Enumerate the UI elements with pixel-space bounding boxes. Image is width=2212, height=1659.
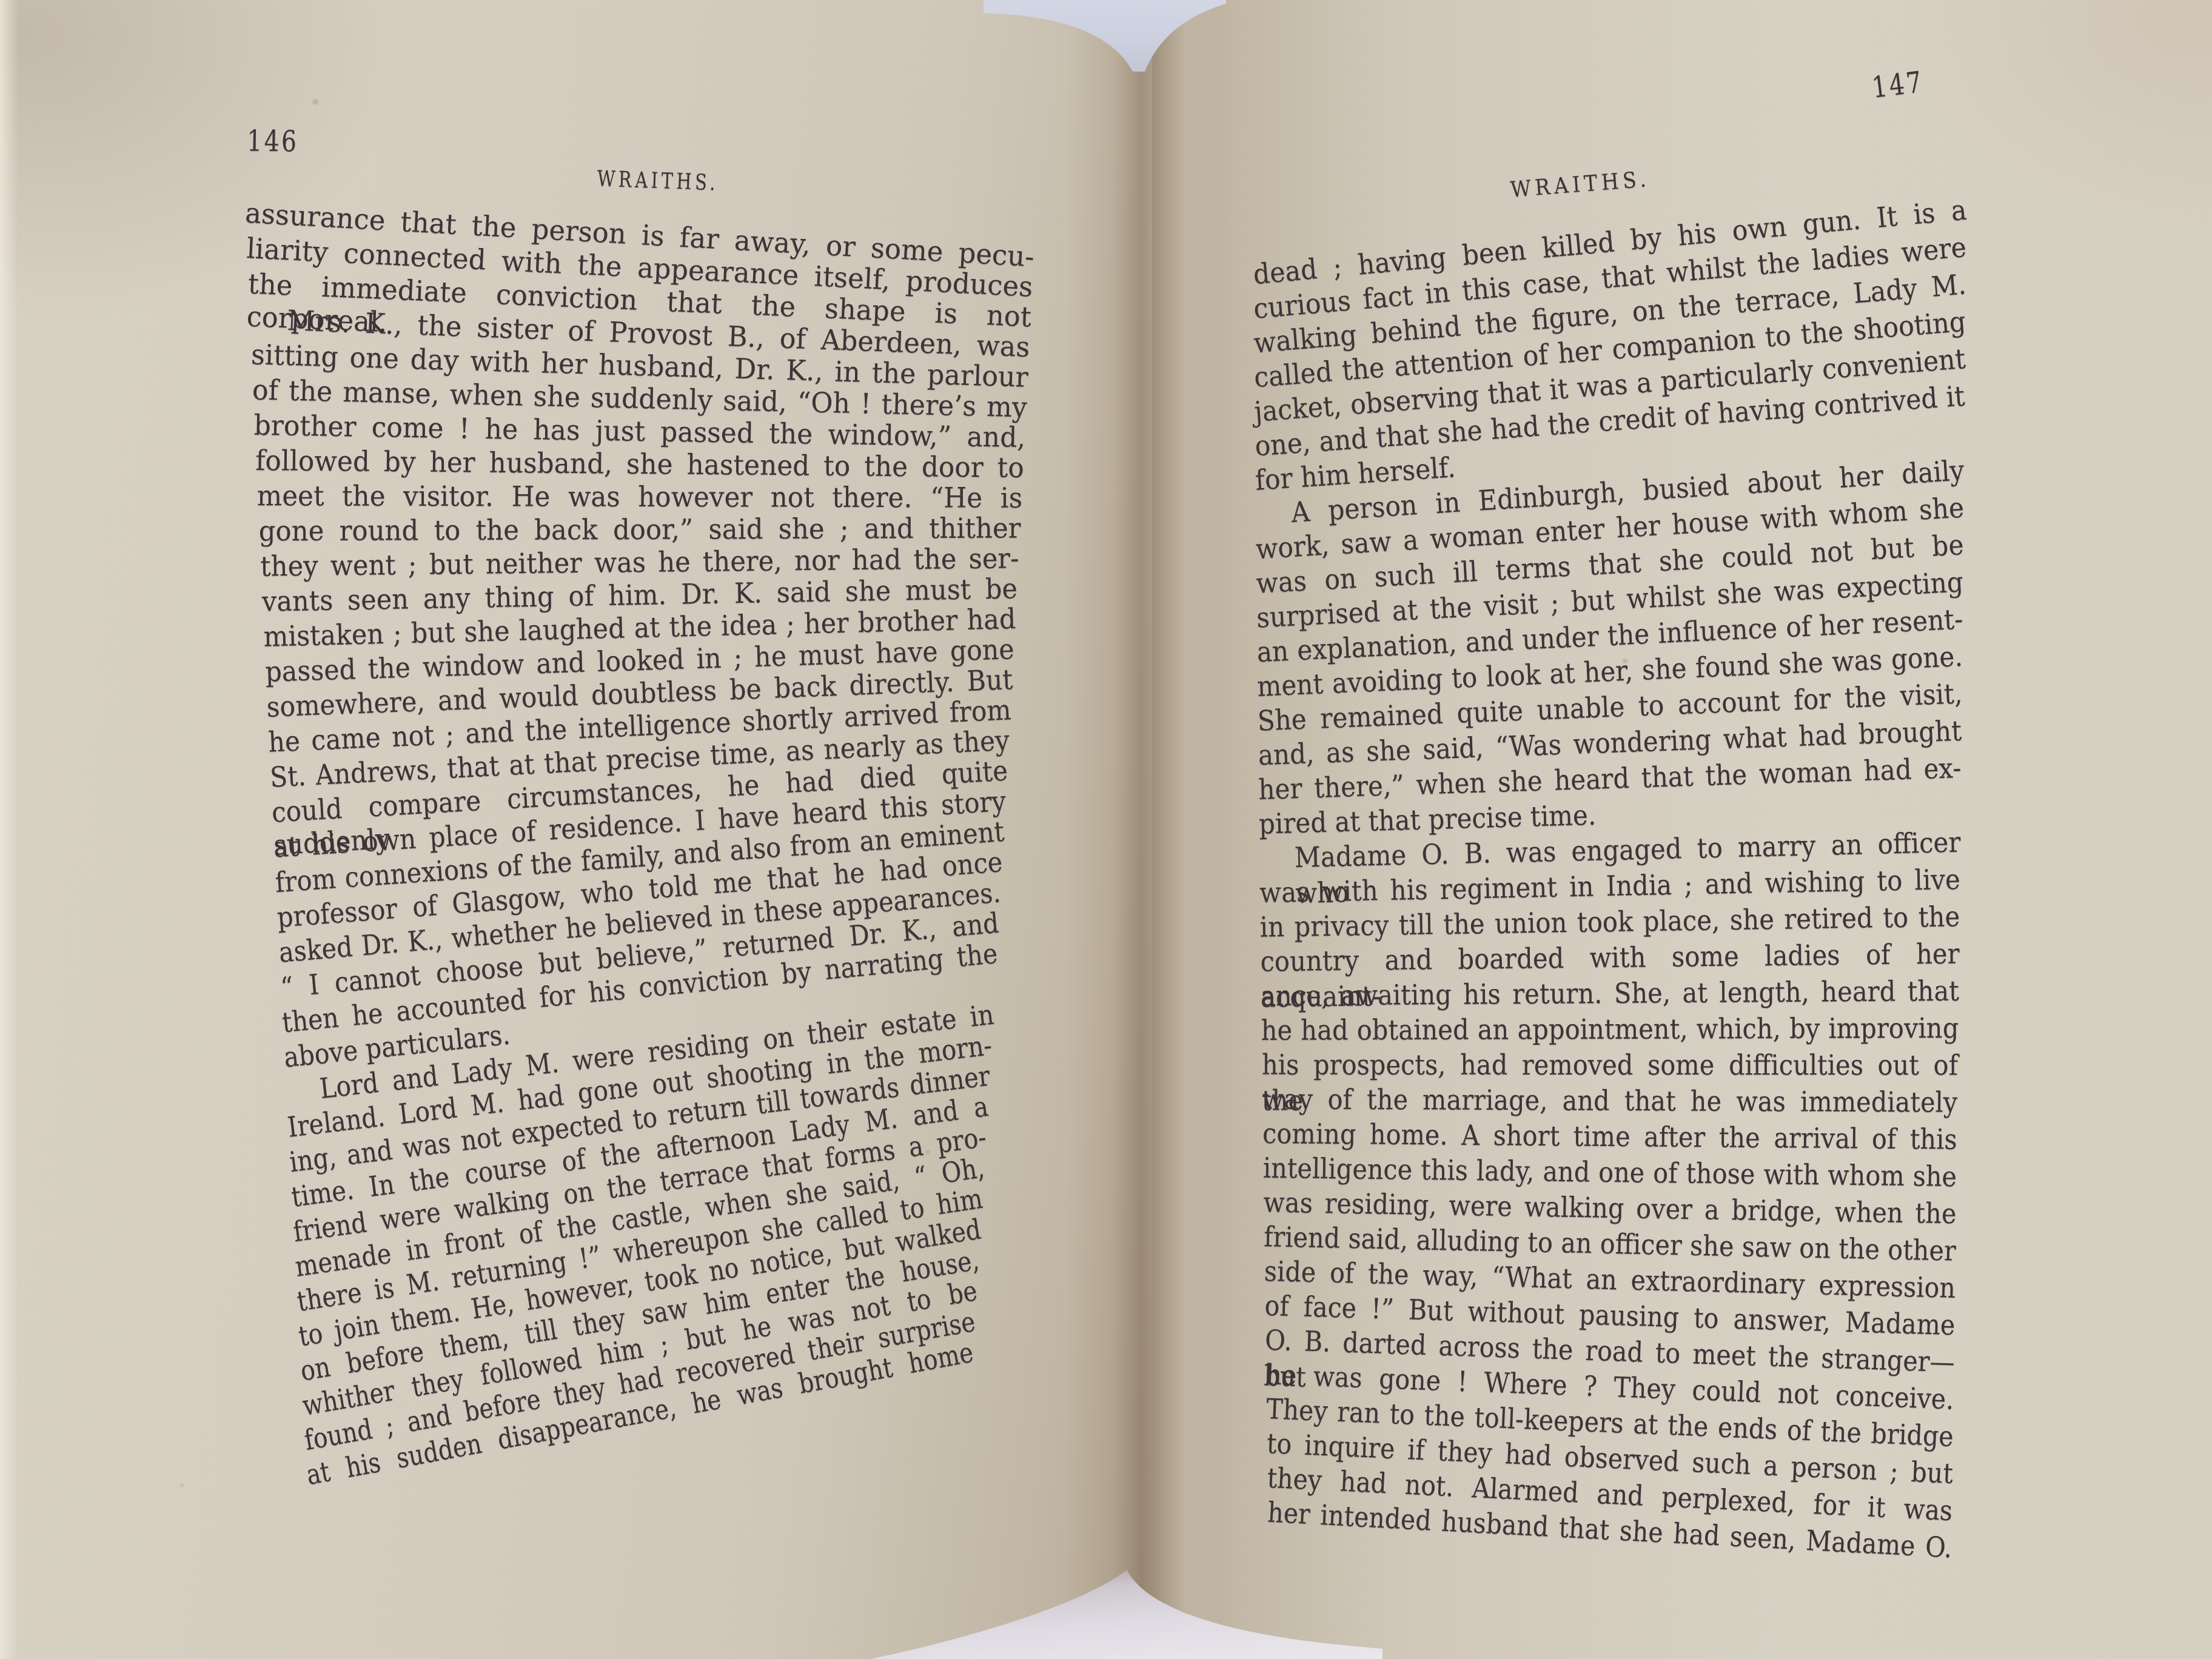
text-block-left: assurance that the person is far away, o… [236,218,1043,1430]
text-line: way of the marriage, and that he was imm… [1262,1081,1957,1120]
running-head-left: WRAITHS. [597,167,719,196]
left-page: 146 WRAITHS. assurance that the person i… [0,0,1152,1659]
book-photo: 146 WRAITHS. assurance that the person i… [0,0,2212,1659]
text-line: followed by her husband, she hastened to… [255,444,1024,484]
page-fore-edge [0,0,18,1659]
text-line: country and boarded with some ladies of … [1260,936,1960,980]
text-line: ance, awaiting his return. She, at lengt… [1261,973,1959,1014]
text-line: meet the visitor. He was however not the… [257,479,1022,514]
text-block-right: dead ; having been killed by his own gun… [1225,224,1995,1548]
page-number-right: 147 [1870,65,1925,105]
text-line: he had obtained an appointment, which, b… [1261,1010,1959,1048]
spine-gutter-shadow [1066,0,1221,1659]
page-number-left: 146 [247,124,299,158]
text-line: gone round to the back door,” said she ;… [258,512,1021,548]
text-line: his prospects, had removed some difficul… [1262,1047,1958,1084]
